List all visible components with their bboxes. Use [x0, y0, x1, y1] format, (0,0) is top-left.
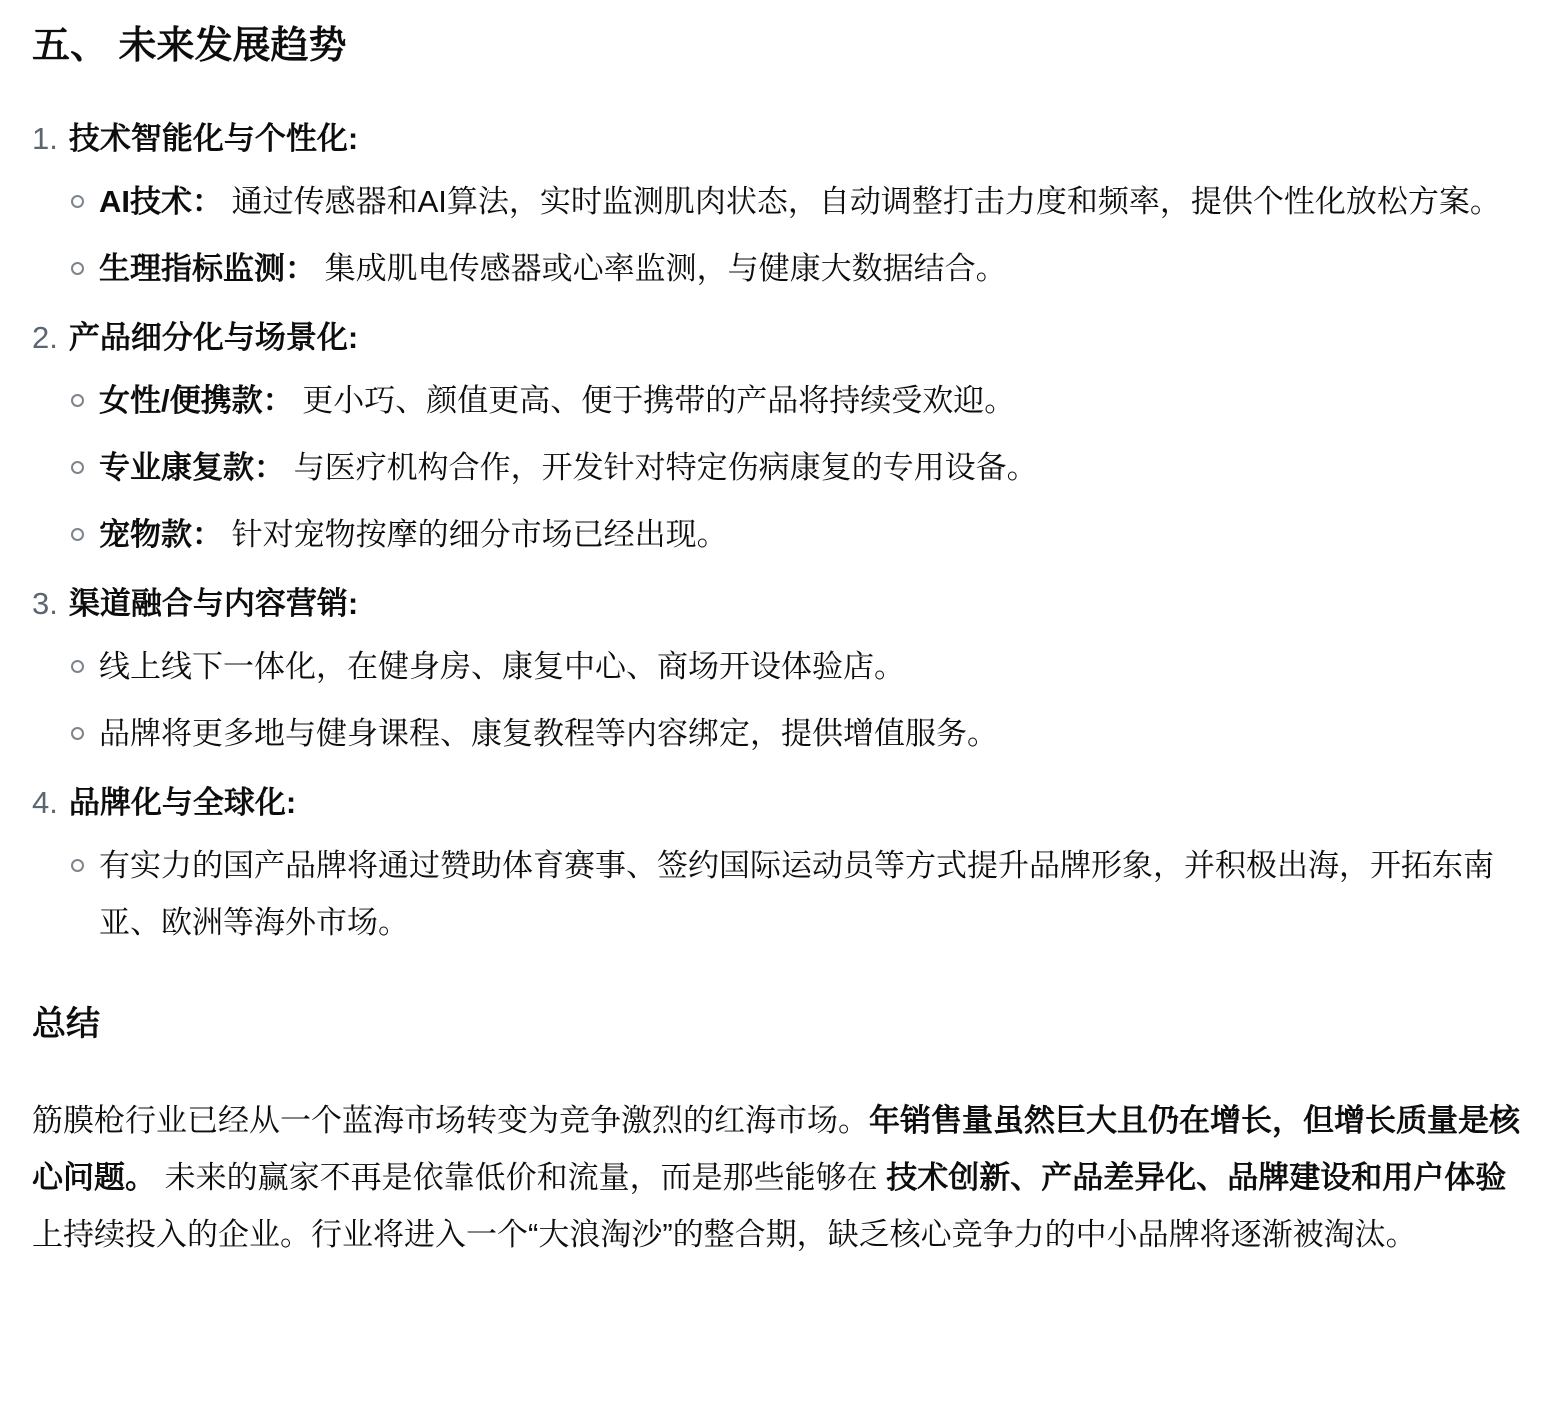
sub-item-text: 宠物款： 针对宠物按摩的细分市场已经出现。	[99, 517, 728, 552]
sub-item-text: 品牌将更多地与健身课程、康复教程等内容绑定，提供增值服务。	[99, 716, 998, 751]
sub-item: AI技术： 通过传感器和AI算法，实时监测肌肉状态，自动调整打击力度和频率，提供…	[32, 173, 1533, 230]
list-item: 2. 产品细分化与场景化: 女性/便携款： 更小巧、颜值更高、便于携带的产品将持…	[32, 309, 1533, 563]
sub-item-text: 女性/便携款： 更小巧、颜值更高、便于携带的产品将持续受欢迎。	[99, 383, 1015, 418]
sub-item-body: 有实力的国产品牌将通过赞助体育赛事、签约国际运动员等方式提升品牌形象，并积极出海…	[99, 848, 1494, 940]
sub-list: 线上线下一体化，在健身房、康复中心、商场开设体验店。 品牌将更多地与健身课程、康…	[32, 638, 1533, 762]
sub-item-label: 宠物款：	[99, 517, 223, 552]
list-item-title: 渠道融合与内容营销:	[69, 575, 358, 632]
summary-heading: 总结	[32, 1003, 1533, 1046]
trend-list: 1. 技术智能化与个性化: AI技术： 通过传感器和AI算法，实时监测肌肉状态，…	[32, 110, 1533, 951]
sub-item-text: 有实力的国产品牌将通过赞助体育赛事、签约国际运动员等方式提升品牌形象，并积极出海…	[99, 848, 1494, 940]
sub-list: 女性/便携款： 更小巧、颜值更高、便于携带的产品将持续受欢迎。 专业康复款： 与…	[32, 372, 1533, 563]
sub-item-label: 生理指标监测：	[99, 251, 316, 286]
sub-item: 宠物款： 针对宠物按摩的细分市场已经出现。	[32, 506, 1533, 563]
sub-item-text: AI技术： 通过传感器和AI算法，实时监测肌肉状态，自动调整打击力度和频率，提供…	[99, 184, 1501, 219]
sub-item-text: 生理指标监测： 集成肌电传感器或心率监测，与健康大数据结合。	[99, 251, 1007, 286]
sub-item-label: 专业康复款：	[99, 450, 285, 485]
list-number: 2.	[32, 309, 58, 366]
sub-item-body: 集成肌电传感器或心率监测，与健康大数据结合。	[316, 251, 1007, 286]
sub-item: 有实力的国产品牌将通过赞助体育赛事、签约国际运动员等方式提升品牌形象，并积极出海…	[32, 837, 1533, 951]
list-item: 4. 品牌化与全球化: 有实力的国产品牌将通过赞助体育赛事、签约国际运动员等方式…	[32, 774, 1533, 951]
summary-segment: 筋膜枪行业已经从一个蓝海市场转变为竞争激烈的红海市场。	[32, 1103, 869, 1138]
list-number: 4.	[32, 774, 58, 831]
sub-item-label: AI技术：	[99, 184, 223, 219]
sub-item: 女性/便携款： 更小巧、颜值更高、便于携带的产品将持续受欢迎。	[32, 372, 1533, 429]
summary-paragraph: 筋膜枪行业已经从一个蓝海市场转变为竞争激烈的红海市场。年销售量虽然巨大且仍在增长…	[32, 1092, 1533, 1263]
sub-list: AI技术： 通过传感器和AI算法，实时监测肌肉状态，自动调整打击力度和频率，提供…	[32, 173, 1533, 297]
sub-list: 有实力的国产品牌将通过赞助体育赛事、签约国际运动员等方式提升品牌形象，并积极出海…	[32, 837, 1533, 951]
sub-item: 生理指标监测： 集成肌电传感器或心率监测，与健康大数据结合。	[32, 240, 1533, 297]
list-item: 1. 技术智能化与个性化: AI技术： 通过传感器和AI算法，实时监测肌肉状态，…	[32, 110, 1533, 297]
circle-bullet-icon	[71, 859, 84, 872]
list-item-head: 1. 技术智能化与个性化:	[32, 110, 1533, 167]
circle-bullet-icon	[71, 727, 84, 740]
circle-bullet-icon	[71, 660, 84, 673]
summary-segment: 未来的赢家不再是依靠低价和流量，而是那些能够在	[156, 1160, 886, 1195]
list-number: 1.	[32, 110, 58, 167]
list-item-title: 品牌化与全球化:	[69, 774, 296, 831]
circle-bullet-icon	[71, 461, 84, 474]
document-page: 五、 未来发展趋势 1. 技术智能化与个性化: AI技术： 通过传感器和AI算法…	[0, 0, 1565, 1263]
circle-bullet-icon	[71, 262, 84, 275]
sub-item-label: 女性/便携款：	[99, 383, 294, 418]
sub-item: 线上线下一体化，在健身房、康复中心、商场开设体验店。	[32, 638, 1533, 695]
list-item-title: 技术智能化与个性化:	[69, 110, 358, 167]
circle-bullet-icon	[71, 195, 84, 208]
list-item-title: 产品细分化与场景化:	[69, 309, 358, 366]
sub-item: 专业康复款： 与医疗机构合作，开发针对特定伤病康复的专用设备。	[32, 439, 1533, 496]
list-item-head: 4. 品牌化与全球化:	[32, 774, 1533, 831]
circle-bullet-icon	[71, 528, 84, 541]
sub-item-body: 通过传感器和AI算法，实时监测肌肉状态，自动调整打击力度和频率，提供个性化放松方…	[223, 184, 1501, 219]
circle-bullet-icon	[71, 394, 84, 407]
sub-item: 品牌将更多地与健身课程、康复教程等内容绑定，提供增值服务。	[32, 705, 1533, 762]
sub-item-body: 线上线下一体化，在健身房、康复中心、商场开设体验店。	[99, 649, 905, 684]
sub-item-text: 专业康复款： 与医疗机构合作，开发针对特定伤病康复的专用设备。	[99, 450, 1038, 485]
sub-item-body: 与医疗机构合作，开发针对特定伤病康复的专用设备。	[285, 450, 1038, 485]
list-item-head: 2. 产品细分化与场景化:	[32, 309, 1533, 366]
sub-item-body: 针对宠物按摩的细分市场已经出现。	[223, 517, 728, 552]
list-item: 3. 渠道融合与内容营销: 线上线下一体化，在健身房、康复中心、商场开设体验店。…	[32, 575, 1533, 762]
list-number: 3.	[32, 575, 58, 632]
sub-item-body: 品牌将更多地与健身课程、康复教程等内容绑定，提供增值服务。	[99, 716, 998, 751]
sub-item-body: 更小巧、颜值更高、便于携带的产品将持续受欢迎。	[294, 383, 1016, 418]
summary-segment: 上持续投入的企业。行业将进入一个“大浪淘沙”的整合期，缺乏核心竞争力的中小品牌将…	[32, 1217, 1417, 1252]
section-heading: 五、 未来发展趋势	[32, 22, 1533, 70]
sub-item-text: 线上线下一体化，在健身房、康复中心、商场开设体验店。	[99, 649, 905, 684]
list-item-head: 3. 渠道融合与内容营销:	[32, 575, 1533, 632]
summary-segment-bold: 技术创新、产品差异化、品牌建设和用户体验	[886, 1160, 1506, 1195]
